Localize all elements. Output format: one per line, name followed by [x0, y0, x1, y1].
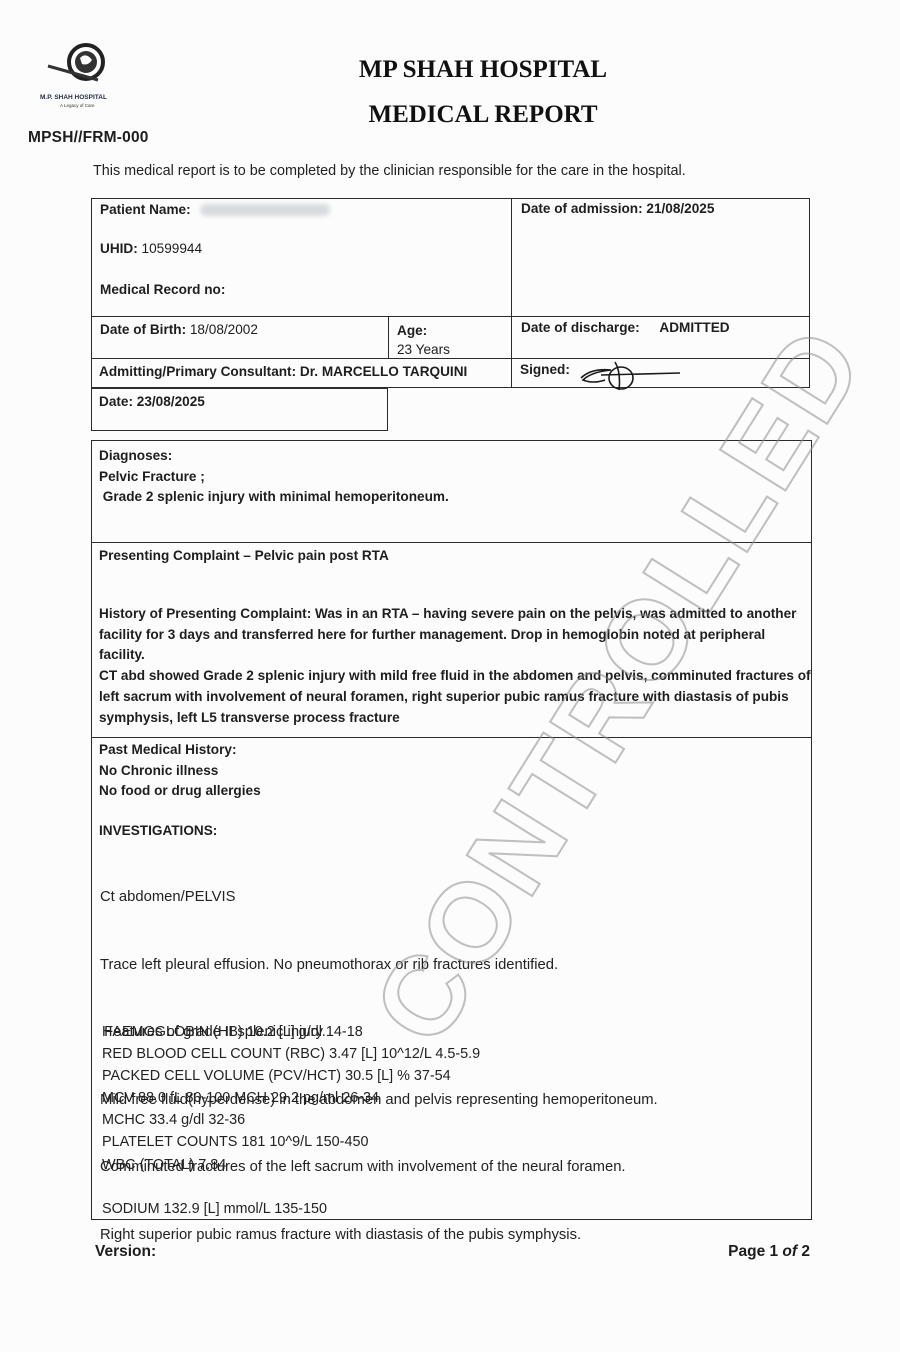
- lab-result: PACKED CELL VOLUME (PCV/HCT) 30.5 [L] % …: [102, 1065, 480, 1087]
- report-title: MEDICAL REPORT: [0, 101, 900, 129]
- lab-result: MCHC 33.4 g/dl 32-36: [102, 1109, 480, 1131]
- logo-text: M.P. SHAH HOSPITAL: [40, 94, 107, 101]
- age-value: 23 Years: [397, 340, 450, 359]
- dob-value: 18/08/2002: [190, 322, 258, 337]
- finding-item: Ct abdomen/PELVIS: [100, 886, 658, 909]
- history-line: History of Presenting Complaint: Was in …: [99, 604, 811, 625]
- history-line: facility.: [99, 645, 811, 666]
- date-value: 23/08/2025: [137, 394, 205, 409]
- form-code: MPSH//FRM-000: [28, 129, 149, 147]
- age-label: Age:: [397, 321, 450, 340]
- hospital-name: MP SHAH HOSPITAL: [0, 56, 900, 84]
- uhid-field: UHID: 10599944: [100, 241, 202, 256]
- signature-icon: [575, 358, 685, 394]
- lab-result: HAEMOGLOBIN (HB) 10.2 [L] g/dl 14-18: [102, 1021, 480, 1043]
- past-medical-history-label: Past Medical History:: [99, 740, 261, 761]
- age-field: Age: 23 Years: [397, 321, 450, 359]
- page-number: Page 1 of 2: [728, 1243, 810, 1261]
- lab-result: PLATELET COUNTS 181 10^9/L 150-450: [102, 1131, 480, 1153]
- finding-item: Right superior pubic ramus fracture with…: [100, 1224, 658, 1247]
- investigations-label: INVESTIGATIONS:: [99, 821, 217, 842]
- history-line: facility for 3 days and transferred here…: [99, 625, 811, 646]
- history-of-presenting-complaint: History of Presenting Complaint: Was in …: [99, 604, 811, 728]
- admission-value: 21/08/2025: [646, 201, 714, 216]
- diagnoses-label: Diagnoses:: [99, 446, 449, 467]
- history-line: CT abd showed Grade 2 splenic injury wit…: [99, 666, 811, 687]
- history-line: symphysis, left L5 transverse process fr…: [99, 708, 811, 729]
- admission-date-field: Date of admission: 21/08/2025: [521, 201, 714, 216]
- report-date-field: Date: 23/08/2025: [99, 394, 205, 409]
- admission-label: Date of admission:: [521, 201, 643, 216]
- uhid-label: UHID:: [100, 241, 138, 256]
- consultant-value: Dr. MARCELLO TARQUINI: [300, 364, 467, 379]
- finding-item: Trace left pleural effusion. No pneumoth…: [100, 954, 658, 977]
- diagnosis-item: Pelvic Fracture ;: [99, 467, 449, 488]
- intro-text: This medical report is to be completed b…: [93, 163, 686, 179]
- uhid-value: 10599944: [142, 241, 202, 256]
- lab-result: MCV 88.0 fL 80-100 MCH 29.2 pg/ml 26-34: [102, 1087, 480, 1109]
- patient-name-label: Patient Name:: [100, 202, 191, 217]
- consultant-label: Admitting/Primary Consultant:: [99, 364, 296, 379]
- dob-field: Date of Birth: 18/08/2002: [100, 322, 258, 337]
- lab-results: HAEMOGLOBIN (HB) 10.2 [L] g/dl 14-18 RED…: [102, 1021, 480, 1220]
- consultant-field: Admitting/Primary Consultant: Dr. MARCEL…: [99, 364, 467, 379]
- medical-record-label: Medical Record no:: [100, 282, 225, 297]
- signed-field: Signed:: [520, 362, 570, 377]
- patient-name-redacted: [200, 204, 330, 216]
- medical-record-field: Medical Record no:: [100, 282, 225, 297]
- discharge-value: ADMITTED: [659, 320, 729, 335]
- discharge-field: Date of discharge: ADMITTED: [521, 320, 730, 335]
- history-item: No food or drug allergies: [99, 781, 261, 802]
- diagnoses-section: Diagnoses: Pelvic Fracture ; Grade 2 spl…: [99, 446, 449, 508]
- patient-name-field: Patient Name:: [100, 202, 330, 217]
- lab-result: WBC (TOTAL) 7.84: [102, 1154, 480, 1176]
- diagnosis-item: Grade 2 splenic injury with minimal hemo…: [99, 487, 449, 508]
- history-item: No Chronic illness: [99, 761, 261, 782]
- date-label: Date:: [99, 394, 133, 409]
- signed-label: Signed:: [520, 362, 570, 377]
- dob-label: Date of Birth:: [100, 322, 186, 337]
- past-medical-history-section: Past Medical History: No Chronic illness…: [99, 740, 261, 802]
- history-line: left sacrum with involvement of neural f…: [99, 687, 811, 708]
- lab-result: SODIUM 132.9 [L] mmol/L 135-150: [102, 1198, 480, 1220]
- version-label: Version:: [95, 1243, 156, 1261]
- presenting-complaint: Presenting Complaint – Pelvic pain post …: [99, 546, 389, 567]
- discharge-label: Date of discharge:: [521, 320, 640, 335]
- lab-result: RED BLOOD CELL COUNT (RBC) 3.47 [L] 10^1…: [102, 1043, 480, 1065]
